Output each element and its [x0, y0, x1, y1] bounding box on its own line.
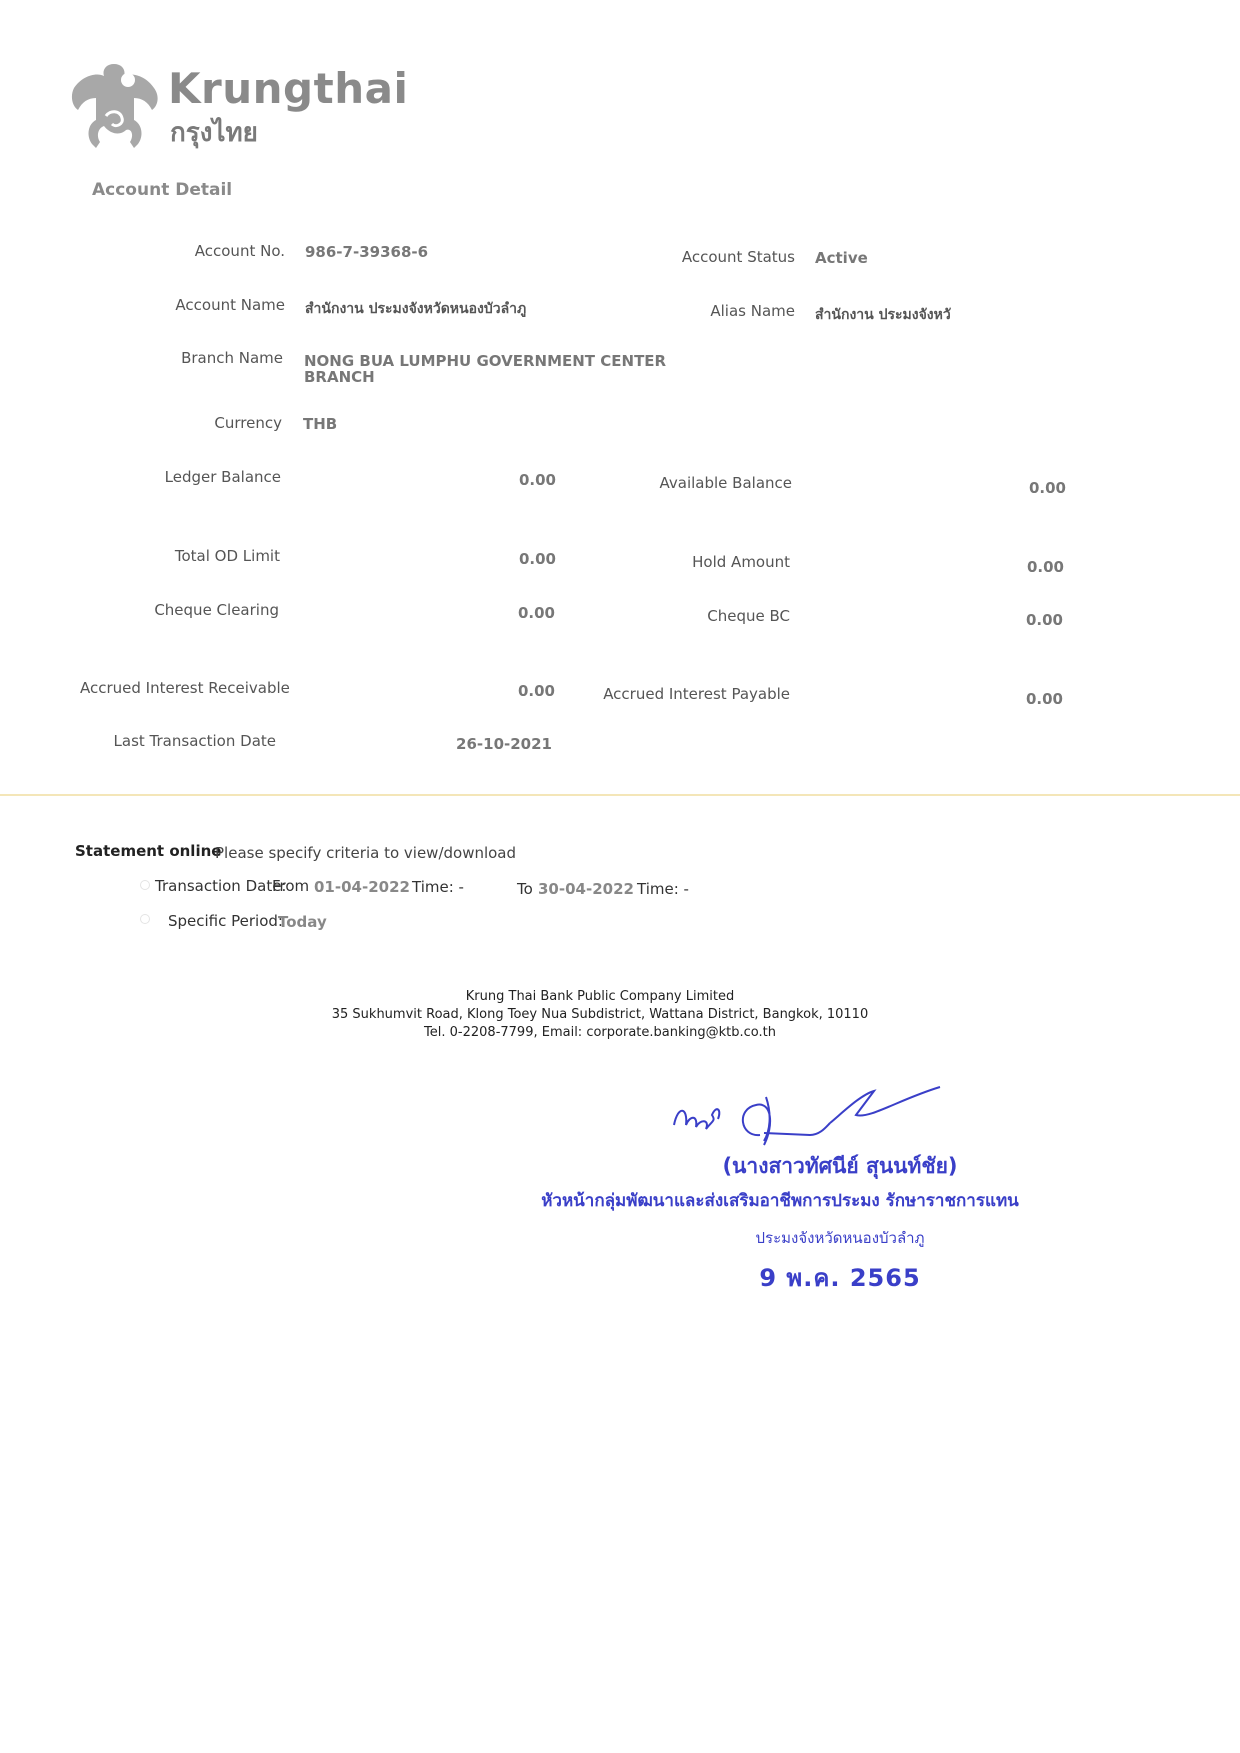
specific-period-value: Today	[278, 913, 327, 931]
certifier-organization: ประมงจังหวัดหนองบัวลำภู	[640, 1226, 1040, 1250]
statement-online-description: Please specify criteria to view/download	[215, 844, 516, 862]
garuda-logo-icon	[66, 58, 162, 154]
transaction-date-label: Transaction Date:	[155, 877, 286, 895]
cheque-bc-value: 0.00	[947, 611, 1063, 629]
certifier-name: (นางสาวทัศนีย์ สุนนท์ชัย)	[640, 1150, 1040, 1183]
cheque-clearing-value: 0.00	[440, 604, 555, 622]
account-status-label: Account Status	[640, 248, 795, 266]
total-od-limit-value: 0.00	[440, 550, 556, 568]
alias-name-label: Alias Name	[640, 302, 795, 320]
from-time-label: Time: -	[412, 878, 464, 896]
signature-icon	[660, 1075, 1020, 1155]
footer-address: 35 Sukhumvit Road, Klong Toey Nua Subdis…	[0, 1007, 1200, 1022]
branch-name-label: Branch Name	[150, 349, 283, 367]
certifier-position: หัวหน้ากลุ่มพัฒนาและส่งเสริมอาชีพการประม…	[520, 1187, 1040, 1214]
accrued-interest-payable-label: Accrued Interest Payable	[600, 685, 790, 703]
account-detail-title: Account Detail	[92, 180, 232, 200]
statement-online-title: Statement online	[75, 842, 221, 860]
branch-name-value-line2: BRANCH	[304, 368, 375, 386]
specific-period-radio[interactable]	[140, 914, 150, 924]
ledger-balance-value: 0.00	[440, 471, 556, 489]
footer-contact: Tel. 0-2208-7799, Email: corporate.banki…	[0, 1025, 1200, 1040]
available-balance-label: Available Balance	[600, 474, 792, 492]
hold-amount-label: Hold Amount	[600, 553, 790, 571]
last-transaction-date-value: 26-10-2021	[420, 735, 552, 753]
accrued-interest-receivable-value: 0.00	[440, 682, 555, 700]
account-name-value: สำนักงาน ประมงจังหวัดหนองบัวลำภู	[305, 298, 526, 320]
accrued-interest-receivable-label: Accrued Interest Receivable	[80, 679, 279, 697]
to-date-value: 30-04-2022	[538, 880, 634, 898]
alias-name-value: สำนักงาน ประมงจังหวั	[815, 304, 951, 326]
account-name-label: Account Name	[150, 296, 285, 314]
footer-company: Krung Thai Bank Public Company Limited	[0, 989, 1200, 1004]
to-label: To	[517, 880, 533, 898]
account-no-value: 986-7-39368-6	[305, 243, 428, 261]
accrued-interest-payable-value: 0.00	[947, 690, 1063, 708]
transaction-date-radio[interactable]	[140, 880, 150, 890]
account-no-label: Account No.	[150, 242, 285, 260]
brand-name-en: Krungthai	[168, 64, 408, 113]
total-od-limit-label: Total OD Limit	[120, 547, 280, 565]
section-divider	[0, 794, 1240, 796]
specific-period-label: Specific Period:	[168, 912, 283, 930]
to-time-label: Time: -	[637, 880, 689, 898]
brand-name-th: กรุงไทย	[170, 112, 258, 153]
certification-date: 9 พ.ค. 2565	[640, 1258, 1040, 1297]
ledger-balance-label: Ledger Balance	[120, 468, 281, 486]
hold-amount-value: 0.00	[948, 558, 1064, 576]
from-date-value: 01-04-2022	[314, 878, 410, 896]
cheque-bc-label: Cheque BC	[600, 607, 790, 625]
cheque-clearing-label: Cheque Clearing	[120, 601, 279, 619]
available-balance-value: 0.00	[950, 479, 1066, 497]
currency-label: Currency	[150, 414, 282, 432]
currency-value: THB	[303, 415, 337, 433]
last-transaction-date-label: Last Transaction Date	[100, 732, 276, 750]
from-label: From	[272, 877, 309, 895]
account-status-value: Active	[815, 249, 868, 267]
